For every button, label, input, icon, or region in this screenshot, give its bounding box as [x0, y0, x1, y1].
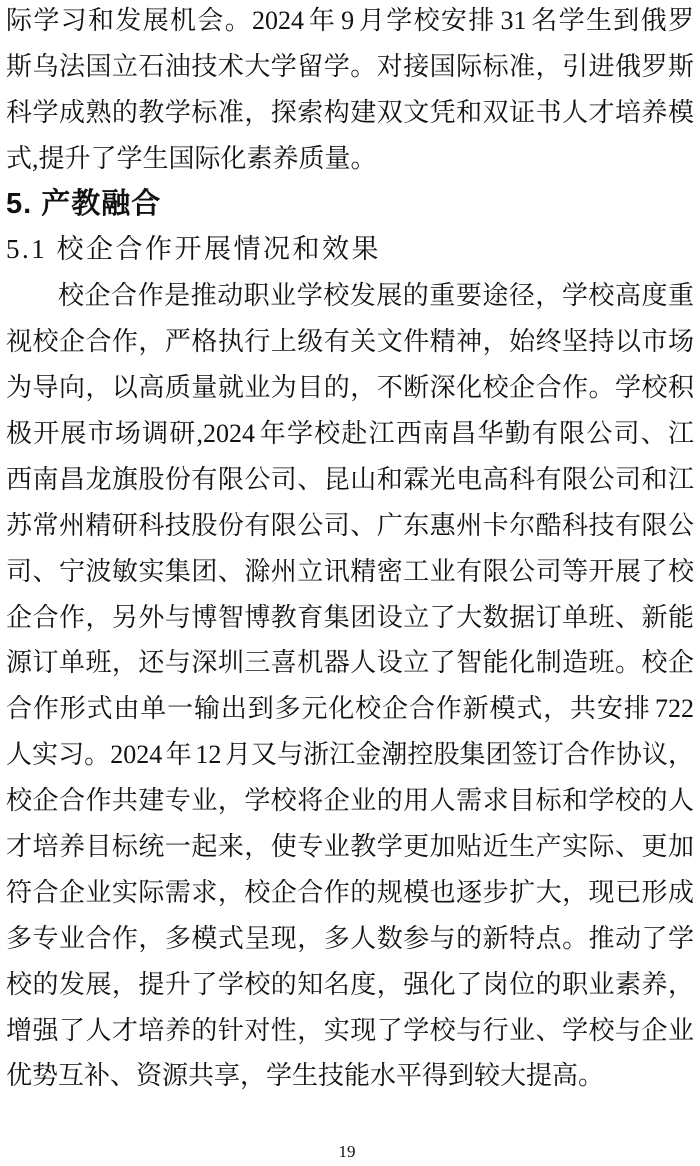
body-line: 人实习。2024 年 12 月又与浙江金潮控股集团签订合作协议，	[6, 732, 694, 778]
body-line: 苏常州精研科技股份有限公司、广东惠州卡尔酷科技有限公	[6, 503, 694, 549]
section-heading: 5. 产教融合	[6, 182, 694, 228]
document-page: 际学习和发展机会。2024 年 9 月学校安排 31 名学生到俄罗 斯乌法国立石…	[0, 0, 700, 1166]
body-line: 科学成熟的教学标准，探索构建双文凭和双证书人才培养模	[6, 90, 694, 136]
body-line: 式,提升了学生国际化素养质量。	[6, 136, 694, 182]
body-line: 才培养目标统一起来，使专业教学更加贴近生产实际、更加	[6, 824, 694, 870]
body-line: 合作形式由单一输出到多元化校企合作新模式，共安排 722	[6, 686, 694, 732]
body-line: 校企合作共建专业，学校将企业的用人需求目标和学校的人	[6, 778, 694, 824]
body-line: 际学习和发展机会。2024 年 9 月学校安排 31 名学生到俄罗	[6, 0, 694, 44]
body-line: 源订单班，还与深圳三喜机器人设立了智能化制造班。校企	[6, 640, 694, 686]
body-line: 符合企业实际需求，校企合作的规模也逐步扩大，现已形成	[6, 870, 694, 916]
body-line: 增强了人才培养的针对性，实现了学校与行业、学校与企业	[6, 1008, 694, 1054]
page-number: 19	[0, 1141, 694, 1163]
page-text: 际学习和发展机会。2024 年 9 月学校安排 31 名学生到俄罗 斯乌法国立石…	[6, 0, 694, 1099]
body-line: 多专业合作，多模式呈现，多人数参与的新特点。推动了学	[6, 916, 694, 962]
body-line: 司、宁波敏实集团、滁州立讯精密工业有限公司等开展了校	[6, 549, 694, 595]
body-line: 斯乌法国立石油技术大学留学。对接国际标准，引进俄罗斯	[6, 44, 694, 90]
body-line: 为导向，以高质量就业为目的，不断深化校企合作。学校积	[6, 365, 694, 411]
subsection-heading: 5.1 校企合作开展情况和效果	[6, 227, 694, 273]
body-line: 校企合作是推动职业学校发展的重要途径，学校高度重	[6, 273, 694, 319]
body-line: 企合作，另外与博智博教育集团设立了大数据订单班、新能	[6, 595, 694, 641]
body-line: 视校企合作，严格执行上级有关文件精神，始终坚持以市场	[6, 319, 694, 365]
body-line: 优势互补、资源共享，学生技能水平得到较大提高。	[6, 1053, 694, 1099]
body-line: 校的发展，提升了学校的知名度，强化了岗位的职业素养，	[6, 962, 694, 1008]
body-line: 西南昌龙旗股份有限公司、昆山和霖光电高科有限公司和江	[6, 457, 694, 503]
body-line: 极开展市场调研,2024 年学校赴江西南昌华勤有限公司、江	[6, 411, 694, 457]
